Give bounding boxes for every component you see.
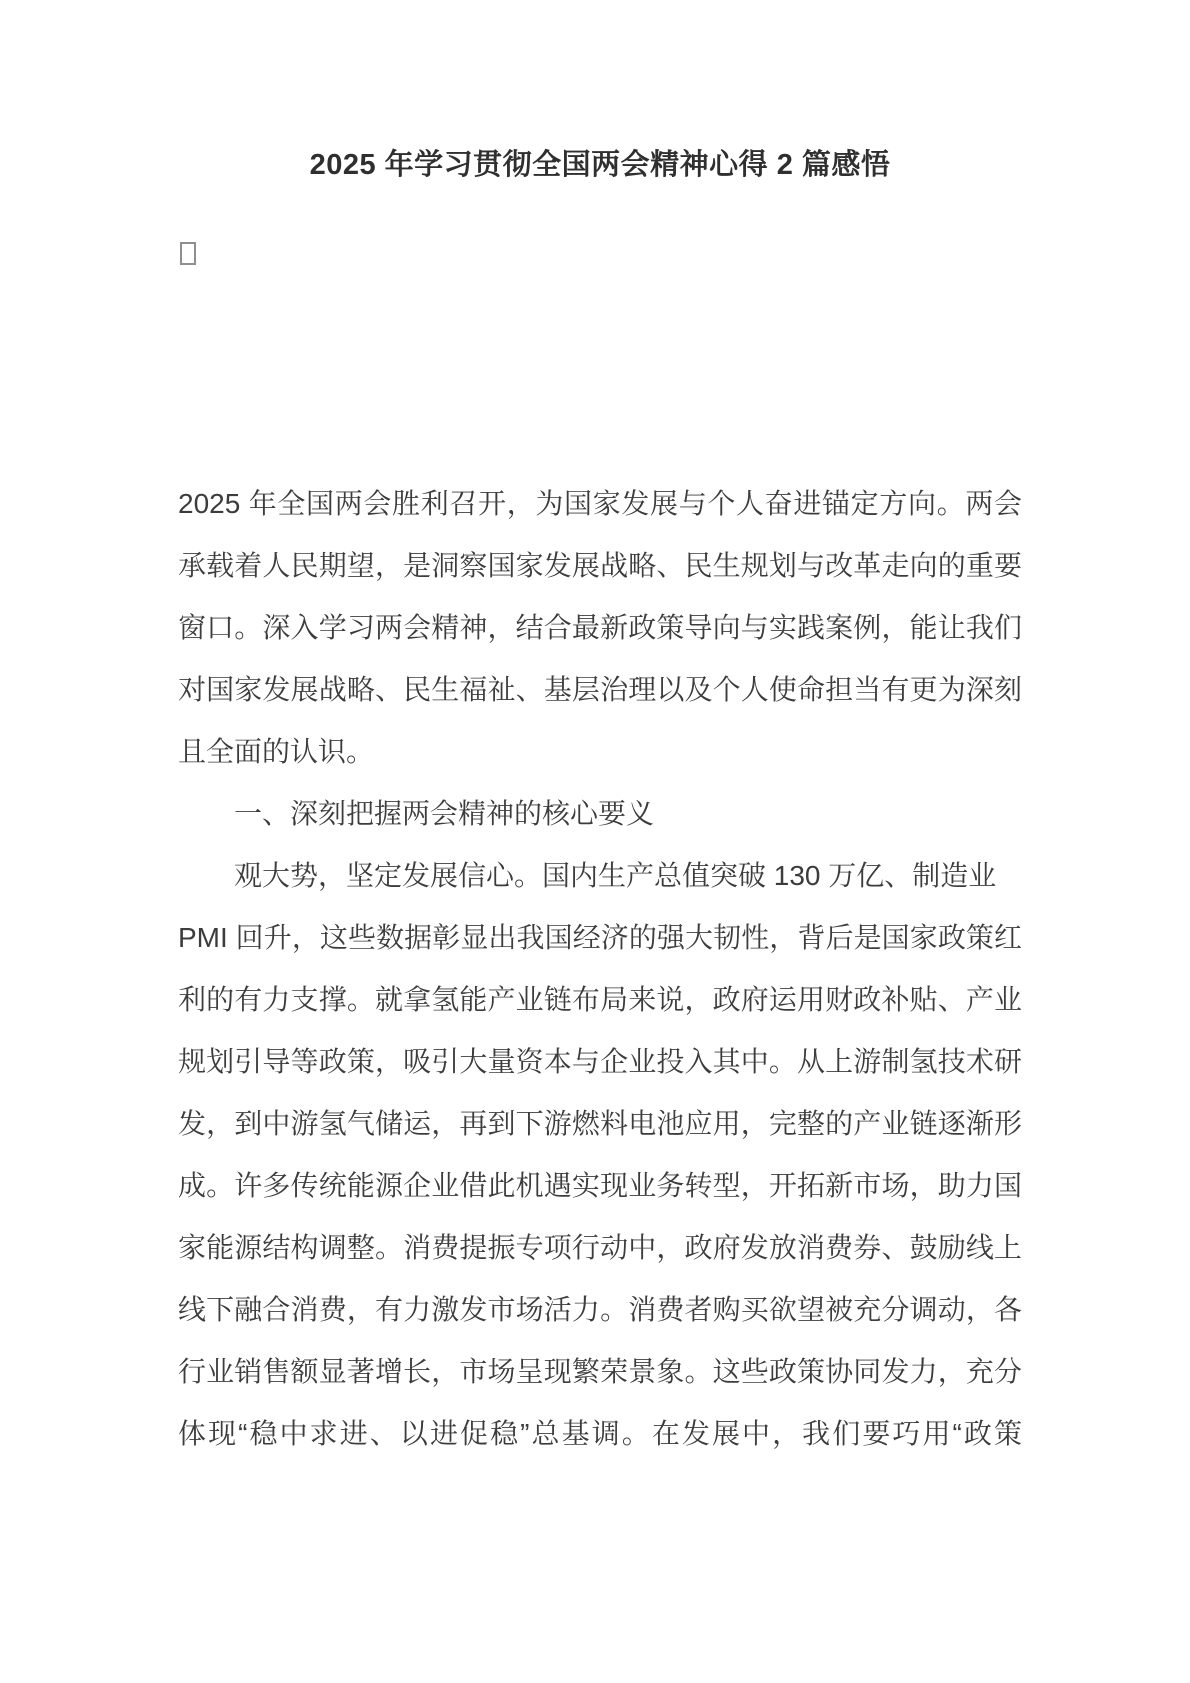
body-line: 行业销售额显著增长，市场呈现繁荣景象。这些政策协同发力，充分 (178, 1341, 1022, 1403)
body-line: 发，到中游氢气储运，再到下游燃料电池应用，完整的产业链逐渐形 (178, 1093, 1022, 1155)
document-title: 2025 年学习贯彻全国两会精神心得 2 篇感悟 (178, 134, 1022, 196)
body-line: 线下融合消费，有力激发市场活力。消费者购买欲望被充分调动，各 (178, 1279, 1022, 1341)
body-line: 规划引导等政策，吸引大量资本与企业投入其中。从上游制氢技术研 (178, 1031, 1022, 1093)
missing-glyph-box (180, 242, 196, 265)
document-body: 2025 年全国两会胜利召开，为国家发展与个人奋进锚定方向。两会 承载着人民期望… (178, 473, 1022, 1465)
document-page: 2025 年学习贯彻全国两会精神心得 2 篇感悟 2025 年全国两会胜利召开，… (0, 0, 1190, 1683)
body-line: 体现“稳中求进、以进促稳”总基调。在发展中，我们要巧用“政策 (178, 1403, 1022, 1465)
body-line: PMI 回升，这些数据彰显出我国经济的强大韧性，背后是国家政策红 (178, 907, 1022, 969)
body-line: 承载着人民期望，是洞察国家发展战略、民生规划与改革走向的重要 (178, 535, 1022, 597)
body-line: 观大势，坚定发展信心。国内生产总值突破 130 万亿、制造业 (178, 845, 1022, 907)
body-line: 2025 年全国两会胜利召开，为国家发展与个人奋进锚定方向。两会 (178, 473, 1022, 535)
body-line: 窗口。深入学习两会精神，结合最新政策导向与实践案例，能让我们 (178, 597, 1022, 659)
body-line: 利的有力支撑。就拿氢能产业链布局来说，政府运用财政补贴、产业 (178, 969, 1022, 1031)
body-line: 成。许多传统能源企业借此机遇实现业务转型，开拓新市场，助力国 (178, 1155, 1022, 1217)
body-line: 对国家发展战略、民生福祉、基层治理以及个人使命担当有更为深刻 (178, 659, 1022, 721)
section-heading-line: 一、深刻把握两会精神的核心要义 (178, 783, 1022, 845)
body-line: 且全面的认识。 (178, 721, 1022, 783)
body-line: 家能源结构调整。消费提振专项行动中，政府发放消费券、鼓励线上 (178, 1217, 1022, 1279)
